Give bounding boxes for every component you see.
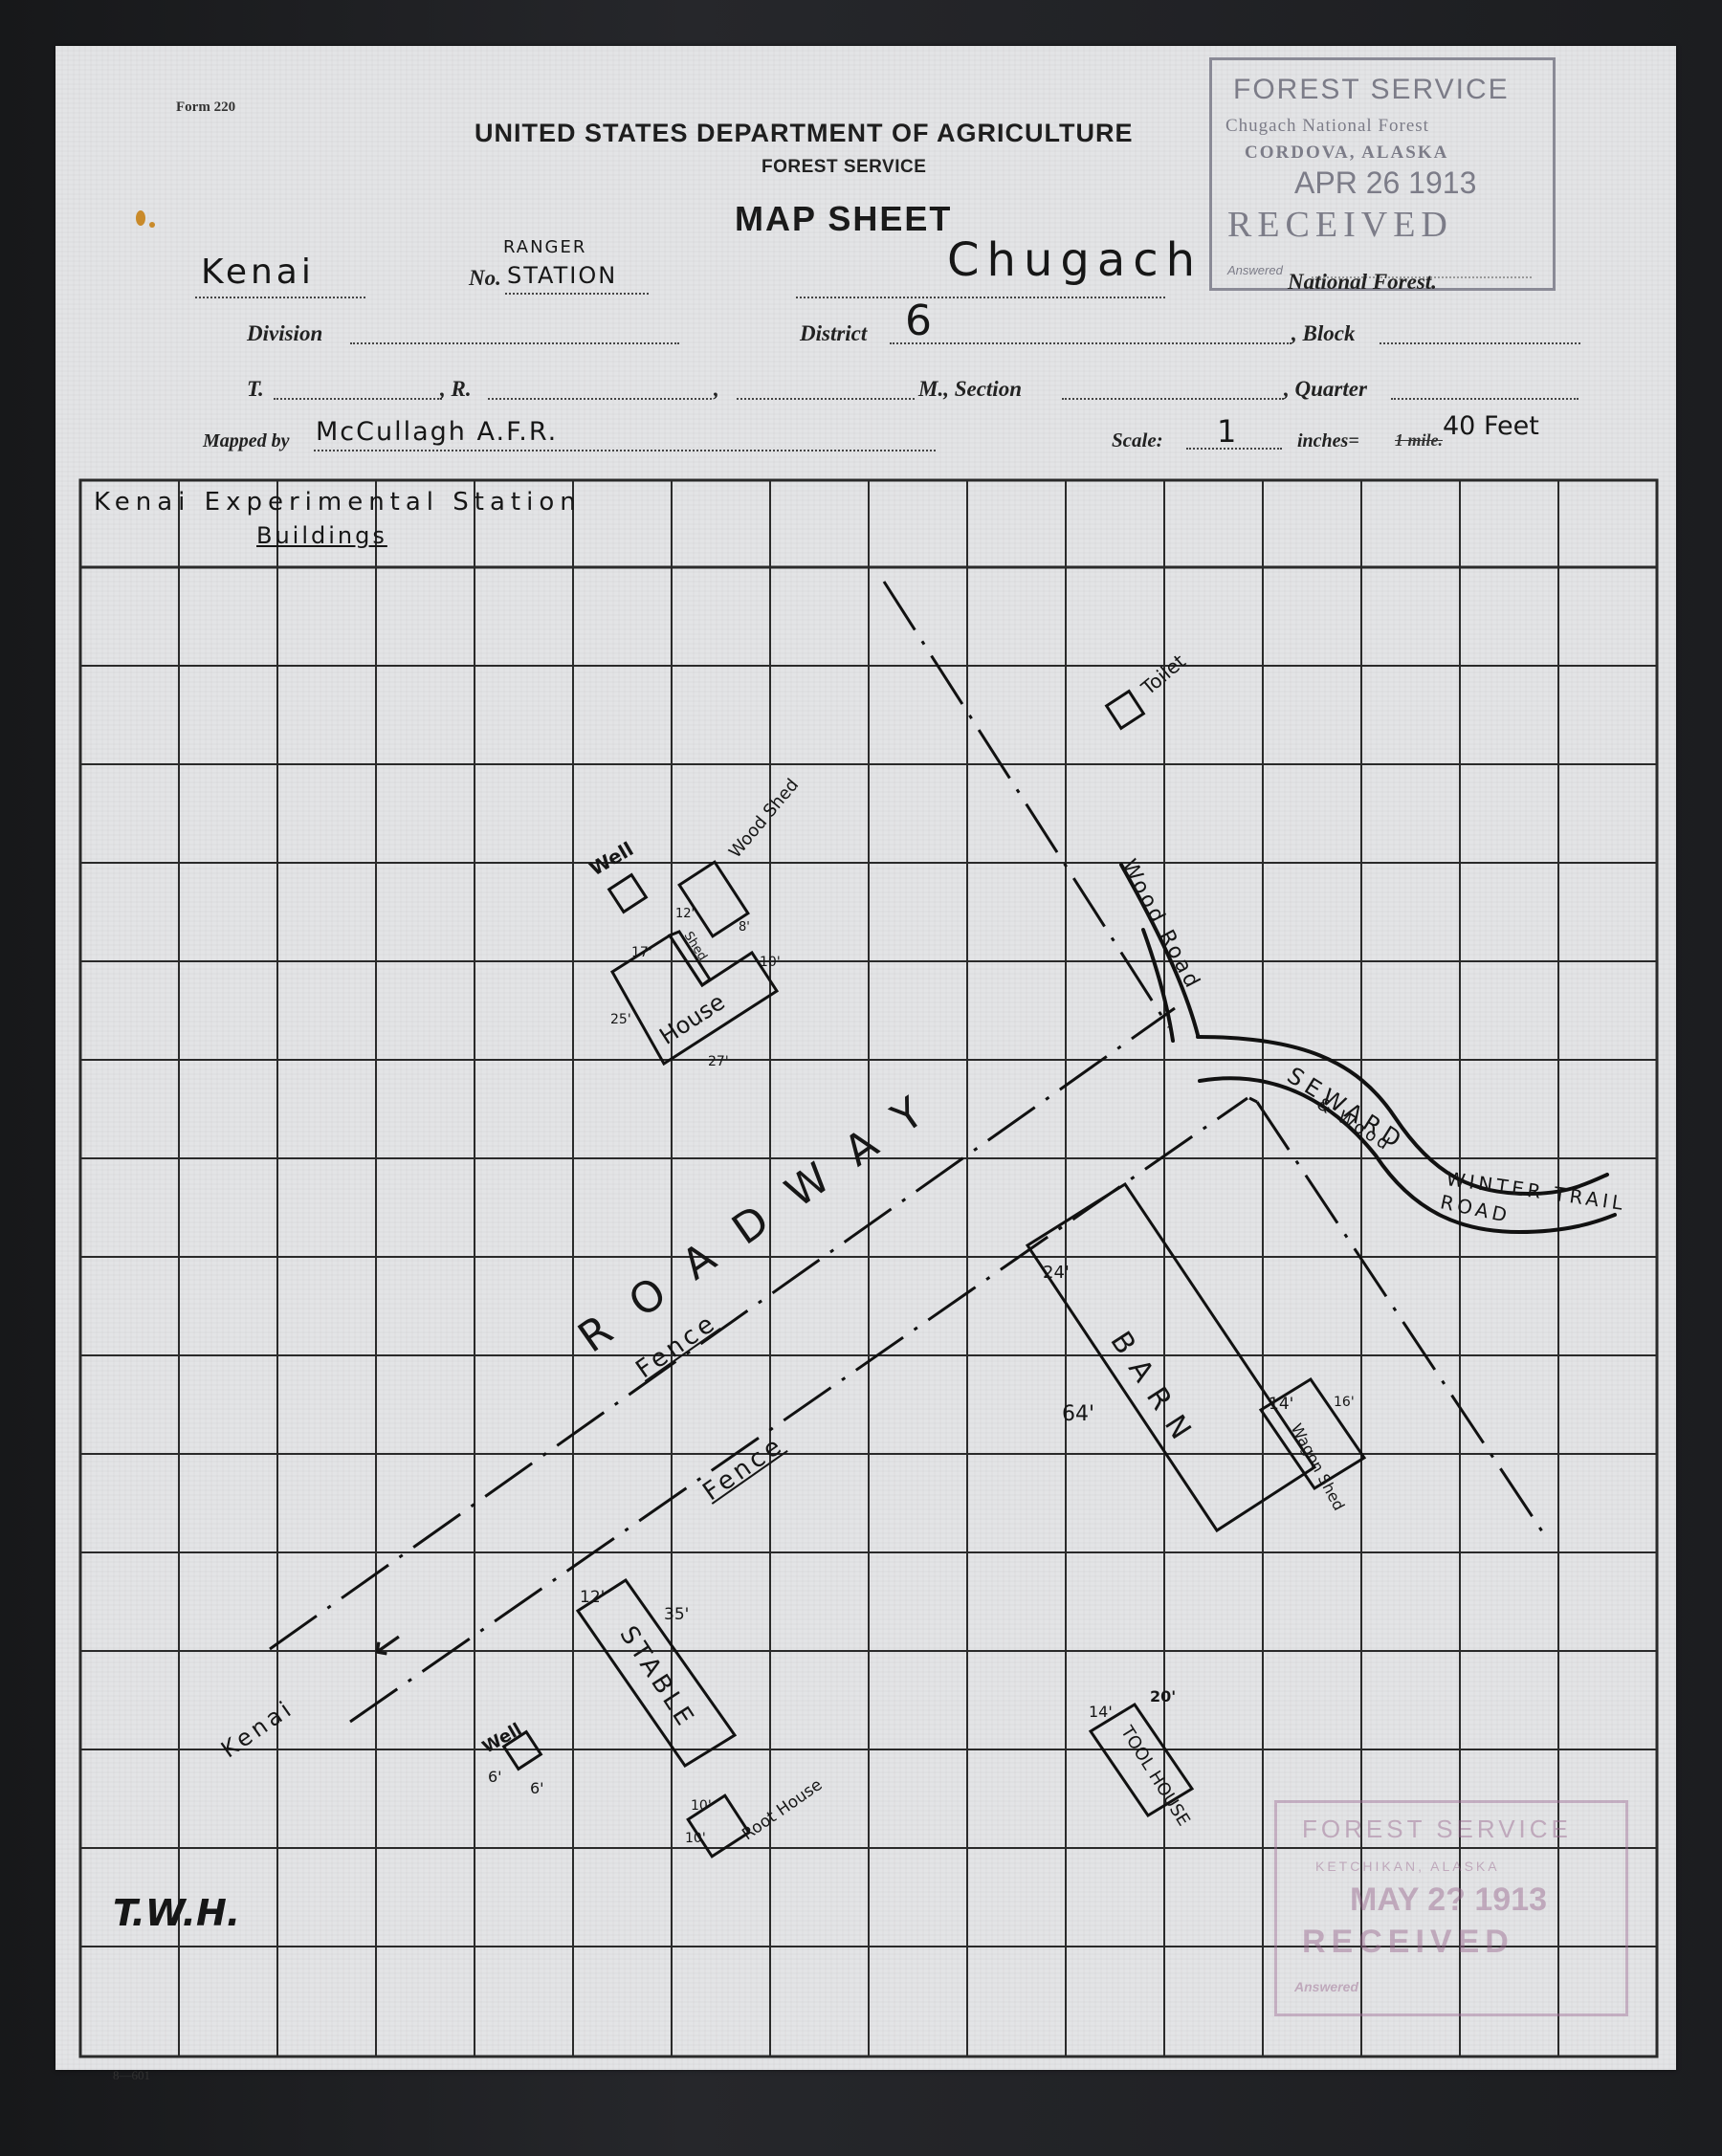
dim-wagonshed-16: 16' [1334, 1395, 1355, 1410]
dim-stable-12: 12' [580, 1588, 605, 1607]
dim-toolhouse-20: 20' [1150, 1687, 1176, 1705]
dim-woodshed-depth: 8' [739, 920, 750, 935]
dim-roothouse-10b: 10' [685, 1831, 706, 1846]
stamp2-status: RECEIVED [1302, 1924, 1514, 1961]
received-stamp-ketchikan: FOREST SERVICE KETCHIKAN, ALASKA MAY 2? … [1274, 1800, 1628, 2016]
stamp2-date: MAY 2? 1913 [1350, 1881, 1547, 1919]
dim-house-27: 27' [708, 1054, 729, 1069]
dim-well-6b: 6' [530, 1779, 544, 1797]
dim-well-6a: 6' [488, 1768, 502, 1786]
stamp2-answered-label: Answered [1294, 1979, 1358, 1994]
dim-barn-64: 64' [1062, 1402, 1094, 1426]
footer-form-code: 8—601 [113, 2068, 150, 2083]
stamp2-agency: FOREST SERVICE [1302, 1815, 1572, 1844]
dim-house-25: 25' [610, 1012, 631, 1027]
stamp2-location: KETCHIKAN, ALASKA [1315, 1859, 1500, 1874]
dim-wagonshed-14: 14' [1269, 1395, 1293, 1414]
dim-woodshed-width: 12' [675, 907, 695, 921]
fence-lines [270, 582, 1544, 1722]
dim-stable-35: 35' [664, 1605, 689, 1624]
map-subtitle: Buildings [256, 522, 387, 549]
map-grid [55, 46, 1676, 2070]
map-title: Kenai Experimental Station [94, 488, 582, 517]
reviewer-initials: T.W.H. [113, 1892, 240, 1934]
road-outlines [1121, 865, 1615, 1232]
map-sheet-paper: Form 220 UNITED STATES DEPARTMENT OF AGR… [55, 46, 1676, 2070]
dim-barn-24: 24' [1043, 1263, 1070, 1283]
dim-house-17: 17' [631, 945, 652, 960]
building-outlines [504, 692, 1364, 1857]
dim-toolhouse-14: 14' [1089, 1703, 1113, 1721]
dim-roothouse-10a: 10' [691, 1798, 712, 1814]
dim-house-10: 10' [760, 955, 781, 970]
